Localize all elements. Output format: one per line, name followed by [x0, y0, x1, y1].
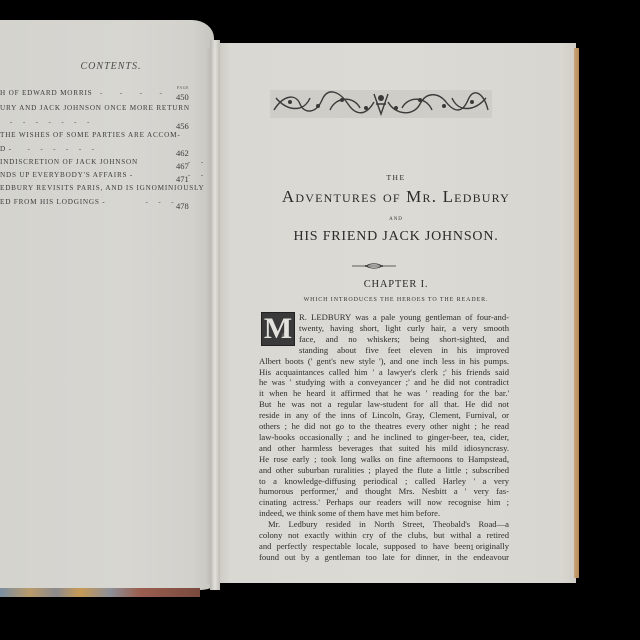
body-text-line: His acquaintances called him ' a lawyer'… [259, 367, 509, 377]
contents-entry: ED FROM HIS LODGINGS - [0, 198, 105, 206]
book-title: Adventures of Mr. Ledbury [216, 187, 576, 207]
rule-ornament-icon [352, 263, 396, 269]
contents-heading: CONTENTS. [0, 61, 214, 72]
body-text-line: indeed, we think some of them have met h… [259, 508, 509, 518]
contents-leader-dashes: - - - - [100, 89, 162, 97]
book-cover-edge [0, 588, 200, 597]
body-text-line: humorous performer,' and thought Mrs. Ne… [259, 486, 509, 496]
contents-entry: INDISCRETION OF JACK JOHNSON [0, 158, 138, 166]
contents-page-number: 467 [176, 161, 189, 171]
contents-page-number: 450 [176, 92, 189, 102]
body-text-line: and other suburban ruralities ; played t… [259, 465, 509, 475]
book-subtitle: HIS FRIEND JACK JOHNSON. [216, 229, 576, 245]
body-text-line: Mr. Ledbury resided in North Street, The… [268, 519, 509, 529]
body-text-line: R. LEDBURY was a pale young gentleman of… [299, 312, 509, 322]
page-edge [574, 48, 579, 578]
body-text-line: twenty, having short, light curly hair, … [299, 323, 509, 333]
body-text-line: cinating actress.' Perhaps our readers w… [259, 497, 509, 507]
chapter-subtitle: WHICH INTRODUCES THE HEROES TO THE READE… [216, 297, 576, 303]
title-and: AND [216, 217, 576, 222]
contents-page-number: 456 [176, 121, 189, 131]
contents-entry: EDBURY REVISITS PARIS, AND IS IGNOMINIOU… [0, 184, 204, 192]
body-text-line: he was ' studying with a conveyancer ;' … [259, 377, 509, 387]
body-text-line: reside in any of the inns of Lincoln, Gr… [259, 410, 509, 420]
body-text-line: face, and no whiskers; being short-sight… [299, 334, 509, 344]
title-the: THE [216, 173, 576, 182]
contents-leader-dashes: - - - - - - - [10, 118, 89, 126]
contents-entry: H OF EDWARD MORRIS [0, 89, 92, 97]
contents-page-number: 462 [176, 148, 189, 158]
drop-cap-initial: M [261, 312, 295, 346]
contents-leader-dashes: - - - - - - [10, 145, 94, 153]
body-text-line: others ; he did not go to the theatres e… [259, 421, 509, 431]
body-text-line: and other harmless beverages that suited… [259, 443, 509, 453]
body-text-line: found out by a gentleman too late for di… [259, 552, 509, 562]
contents-page-number: 478 [176, 201, 189, 211]
page-column-label: PAGE [177, 85, 189, 90]
body-text-line: But he was not a regular law-student for… [259, 399, 509, 409]
contents-page-number: 471 [176, 174, 189, 184]
chapter-heading: CHAPTER I. [216, 279, 576, 290]
body-text-line: it when he heard it affirmed that he was… [259, 388, 509, 398]
contents-entry: URY AND JACK JOHNSON ONCE MORE RETURN [0, 104, 190, 112]
body-text-line: standing about five feet eleven in his i… [299, 345, 509, 355]
body-text-line: colony not exactly within cry of the clu… [259, 530, 509, 540]
floral-headpiece-ornament [270, 90, 492, 118]
contents-leader-dashes: - - [125, 158, 203, 166]
contents-leader-dashes: - - - [100, 198, 174, 206]
body-text-line: law-books occasionally ; and he inclined… [259, 432, 509, 442]
book-gutter [210, 40, 220, 590]
page-number: 1 [470, 543, 474, 552]
contents-entry: THE WISHES OF SOME PARTIES ARE ACCOM- [0, 131, 181, 139]
contents-entry: NDS UP EVERYBODY'S AFFAIRS - [0, 171, 133, 179]
contents-leader-dashes: - - [125, 171, 203, 179]
body-text-line: He rose early ; took long walks on fine … [259, 454, 509, 464]
body-text-line: to a knowledge-diffusing periodical ; ca… [259, 476, 509, 486]
body-text-line: Albert boots (' gent's new style '), and… [259, 356, 509, 366]
